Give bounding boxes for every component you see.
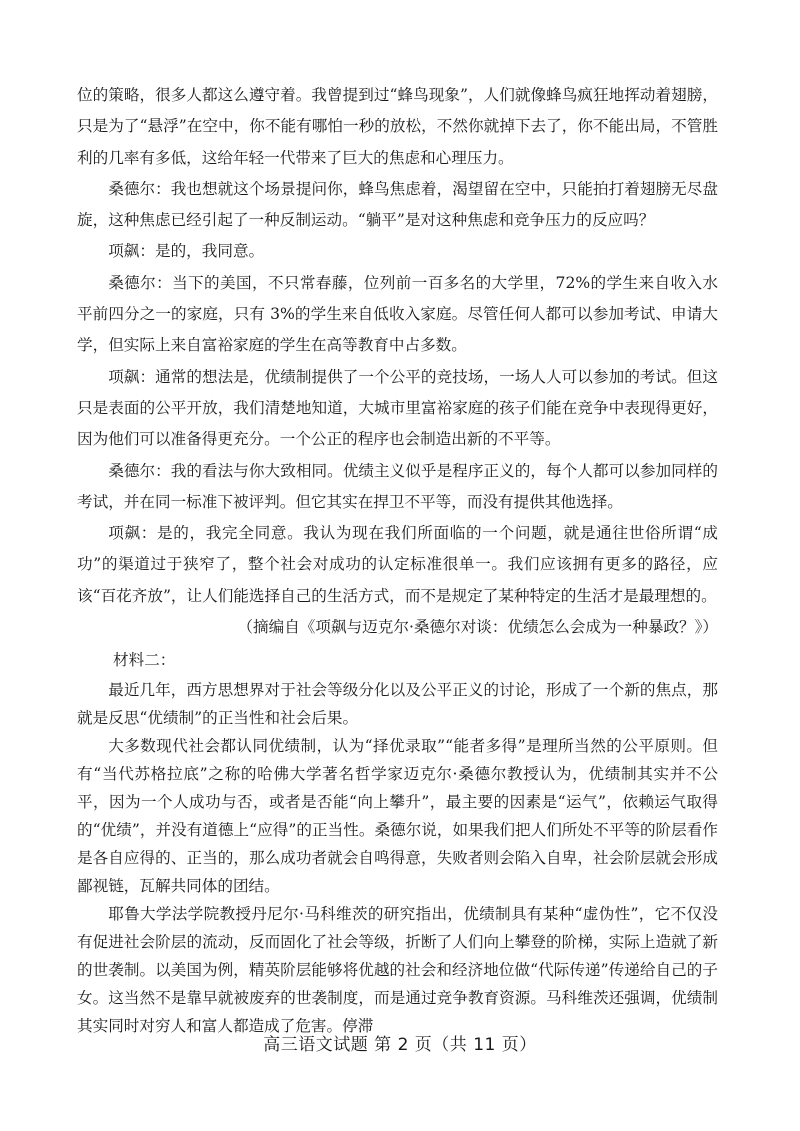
material-one: 位的策略，很多人都这么遵守着。我曾提到过“蜂鸟现象”，人们就像蜂鸟疯狂地挥动着翅… <box>77 80 718 612</box>
paragraph: 桑德尔：我也想就这个场景提问你，蜂鸟焦虑着，渴望留在空中，只能拍打着翅膀无尽盘旋… <box>77 174 718 237</box>
source-citation: （摘编自《项飙与迈克尔·桑德尔对谈：优绩怎么会成为一种暴政？》） <box>77 612 718 643</box>
paragraph: 项飙：通常的想法是，优绩制提供了一个公平的竞技场，一场人人可以参加的考试。但这只… <box>77 362 718 456</box>
paragraph: 位的策略，很多人都这么遵守着。我曾提到过“蜂鸟现象”，人们就像蜂鸟疯狂地挥动着翅… <box>77 80 718 174</box>
paragraph: 桑德尔：当下的美国，不只常春藤，位列前一百多名的大学里，72%的学生来自收入水平… <box>77 268 718 362</box>
paragraph: 最近几年，西方思想界对于社会等级分化以及公平正义的讨论，形成了一个新的焦点，那就… <box>77 676 718 732</box>
paragraph: 桑德尔：我的看法与你大致相同。优绩主义似乎是程序正义的，每个人都可以参加同样的考… <box>77 456 718 519</box>
paragraph: 耶鲁大学法学院教授丹尼尔·马科维茨的研究指出，优绩制具有某种“虚伪性”，它不仅没… <box>77 900 718 1040</box>
paragraph: 项飙：是的，我同意。 <box>77 236 718 267</box>
paragraph: 大多数现代社会都认同优绩制，认为“择优录取”“能者多得”是理所当然的公平原则。但… <box>77 732 718 900</box>
paragraph: 项飙：是的，我完全同意。我认为现在我们所面临的一个问题，就是通往世俗所谓“成功”… <box>77 518 718 612</box>
page-footer: 高三语文试题 第 2 页（共 11 页） <box>0 1032 800 1058</box>
section-label: 材料二： <box>113 645 175 675</box>
material-two: 最近几年，西方思想界对于社会等级分化以及公平正义的讨论，形成了一个新的焦点，那就… <box>77 676 718 1040</box>
